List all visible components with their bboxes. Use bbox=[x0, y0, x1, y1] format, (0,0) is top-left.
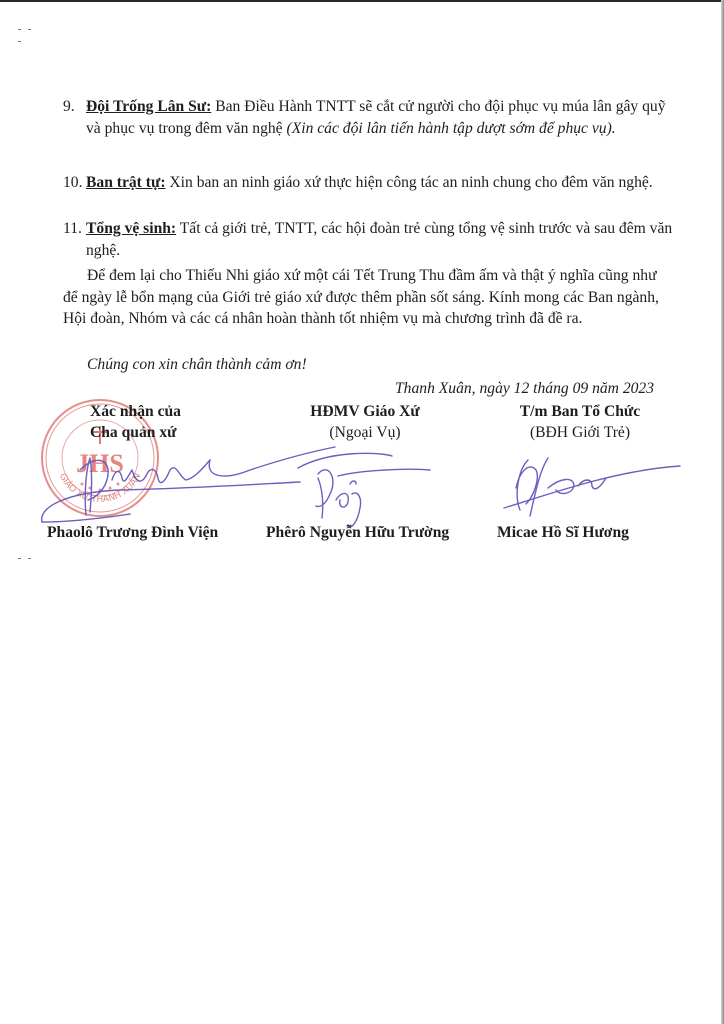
place-date: Thanh Xuân, ngày 12 tháng 09 năm 2023 bbox=[395, 380, 654, 398]
list-item-9: 9. Đội Trống Lân Sư: Ban Điều Hành TNTT … bbox=[63, 96, 673, 139]
signature-role-sub: (Ngoại Vụ) bbox=[280, 422, 450, 443]
signature-block-parish-council: HĐMV Giáo Xứ (Ngoại Vụ) bbox=[280, 401, 450, 443]
item-number: 11. bbox=[63, 218, 82, 240]
item-body: Đội Trống Lân Sư: Ban Điều Hành TNTT sẽ … bbox=[86, 96, 673, 139]
item-text: Xin ban an ninh giáo xứ thực hiện công t… bbox=[166, 174, 653, 191]
item-body: Ban trật tự: Xin ban an ninh giáo xứ thự… bbox=[86, 172, 673, 194]
signature-role-sub: (BĐH Giới Trẻ) bbox=[495, 422, 665, 443]
signature-role-sub: Cha quản xứ bbox=[72, 422, 202, 443]
list-item-10: 10. Ban trật tự: Xin ban an ninh giáo xứ… bbox=[63, 172, 673, 194]
signatory-name: Phaolô Trương Đình Viện bbox=[47, 524, 218, 542]
signature-role: HĐMV Giáo Xứ bbox=[280, 401, 450, 422]
signatory-name: Phêrô Nguyễn Hữu Trường bbox=[266, 524, 449, 542]
item-note: (Xin các đội lân tiến hành tập dượt sớm … bbox=[287, 120, 616, 137]
thanks-line: Chúng con xin chân thành cảm ơn! bbox=[87, 356, 307, 374]
item-number: 9. bbox=[63, 96, 75, 118]
closing-paragraph: Để đem lại cho Thiếu Nhi giáo xứ một cái… bbox=[63, 265, 671, 330]
item-number: 10. bbox=[63, 172, 83, 194]
list-item-11: 11. Tổng vệ sinh: Tất cả giới trẻ, TNTT,… bbox=[63, 218, 673, 261]
item-title: Đội Trống Lân Sư: bbox=[86, 98, 211, 115]
item-title: Ban trật tự: bbox=[86, 174, 166, 191]
signature-role: Xác nhận của bbox=[72, 401, 202, 422]
stamp-center-text: JHS bbox=[76, 449, 124, 478]
document-page: 9. Đội Trống Lân Sư: Ban Điều Hành TNTT … bbox=[0, 0, 724, 1024]
signature-block-organizers: T/m Ban Tổ Chức (BĐH Giới Trẻ) bbox=[495, 401, 665, 443]
signatory-name: Micae Hồ Sĩ Hương bbox=[497, 524, 629, 542]
signature-role: T/m Ban Tổ Chức bbox=[495, 401, 665, 422]
signature-block-parish-priest: Xác nhận của Cha quản xứ bbox=[72, 401, 202, 443]
item-body: Tổng vệ sinh: Tất cả giới trẻ, TNTT, các… bbox=[86, 218, 673, 261]
item-title: Tổng vệ sinh: bbox=[86, 220, 176, 237]
